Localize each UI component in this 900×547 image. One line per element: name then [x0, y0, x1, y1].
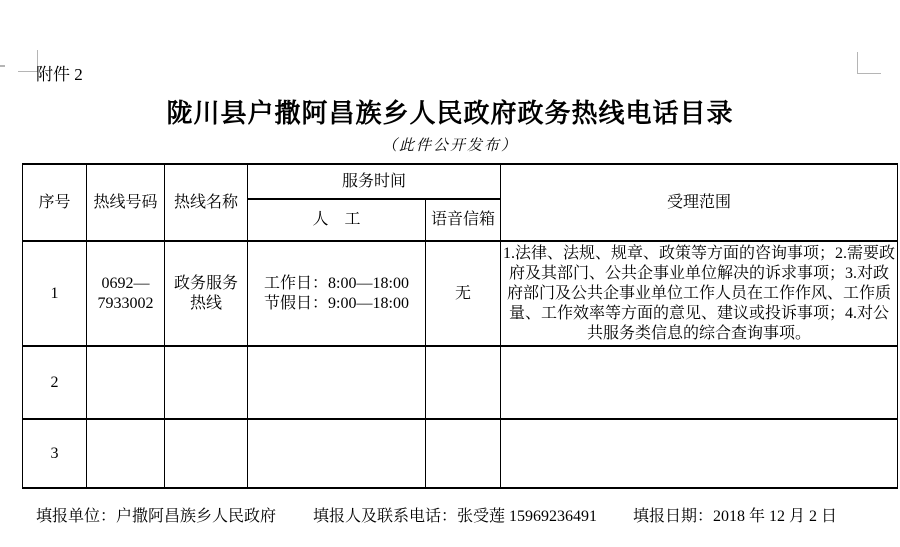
cell-voicemail	[426, 419, 501, 488]
table-header-row-1: 序号 热线号码 热线名称 服务时间 受理范围	[23, 164, 898, 199]
document-page: 附件 2 陇川县户撒阿昌族乡人民政府政务热线电话目录 （此件公开发布） 序号 热…	[0, 0, 900, 547]
cell-serial: 1	[23, 241, 87, 346]
table-row: 1 0692—7933002 政务服务热线 工作日：8:00—18:00 节假日…	[23, 241, 898, 346]
cell-hotline-name	[165, 419, 248, 488]
cell-manual-hours	[248, 346, 426, 419]
margin-mark-left-edge	[0, 65, 5, 67]
cell-scope: 1.法律、法规、规章、政策等方面的咨询事项；2.需要政府及其部门、公共企事业单位…	[501, 241, 898, 346]
cell-manual-hours	[248, 419, 426, 488]
margin-mark-top-right-vertical	[857, 52, 858, 74]
header-scope: 受理范围	[501, 164, 898, 241]
footer-reporting-unit: 填报单位：户撒阿昌族乡人民政府	[36, 506, 276, 528]
cell-serial: 3	[23, 419, 87, 488]
attachment-label: 附件 2	[36, 64, 83, 86]
cell-scope	[501, 419, 898, 488]
header-voicemail: 语音信箱	[426, 199, 501, 241]
header-hotline-name: 热线名称	[165, 164, 248, 241]
header-service-time: 服务时间	[248, 164, 501, 199]
table-row: 2	[23, 346, 898, 419]
cell-hotline-name: 政务服务热线	[165, 241, 248, 346]
footer-contact: 填报人及联系电话：张受莲 15969236491	[313, 506, 597, 528]
cell-hotline-number	[87, 346, 165, 419]
cell-manual-hours: 工作日：8:00—18:00 节假日：9:00—18:00	[248, 241, 426, 346]
margin-mark-top-left-horizontal	[18, 71, 38, 72]
cell-hotline-name	[165, 346, 248, 419]
hotline-directory-table: 序号 热线号码 热线名称 服务时间 受理范围 人 工 语音信箱 1 0692—7…	[22, 163, 898, 489]
cell-voicemail: 无	[426, 241, 501, 346]
cell-scope	[501, 346, 898, 419]
margin-mark-top-right-horizontal	[857, 73, 881, 74]
table-row: 3	[23, 419, 898, 488]
cell-voicemail	[426, 346, 501, 419]
cell-serial: 2	[23, 346, 87, 419]
header-hotline-number: 热线号码	[87, 164, 165, 241]
page-title: 陇川县户撒阿昌族乡人民政府政务热线电话目录	[0, 99, 900, 129]
header-manual: 人 工	[248, 199, 426, 241]
cell-hotline-number	[87, 419, 165, 488]
header-serial: 序号	[23, 164, 87, 241]
page-subtitle: （此件公开发布）	[0, 136, 900, 156]
cell-hotline-number: 0692—7933002	[87, 241, 165, 346]
footer-report-date: 填报日期：2018 年 12 月 2 日	[633, 506, 837, 528]
